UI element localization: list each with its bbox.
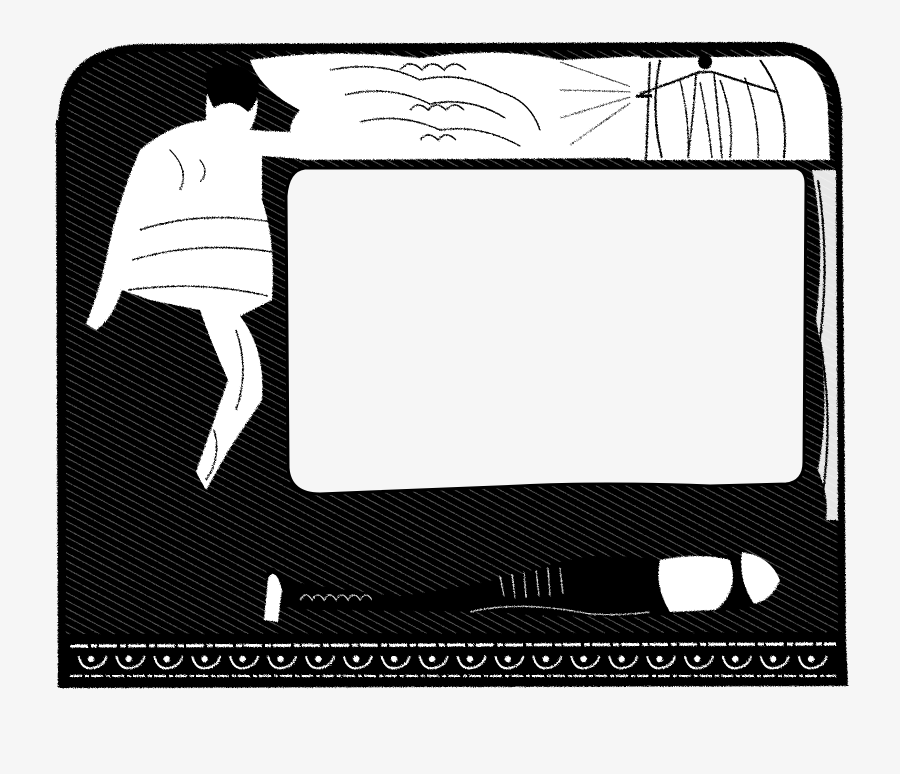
artwork-frame [0, 0, 900, 774]
ornament-band [62, 640, 842, 686]
winged-angel [630, 55, 830, 160]
frame-illustration [0, 0, 900, 774]
caption-panel [286, 168, 806, 494]
